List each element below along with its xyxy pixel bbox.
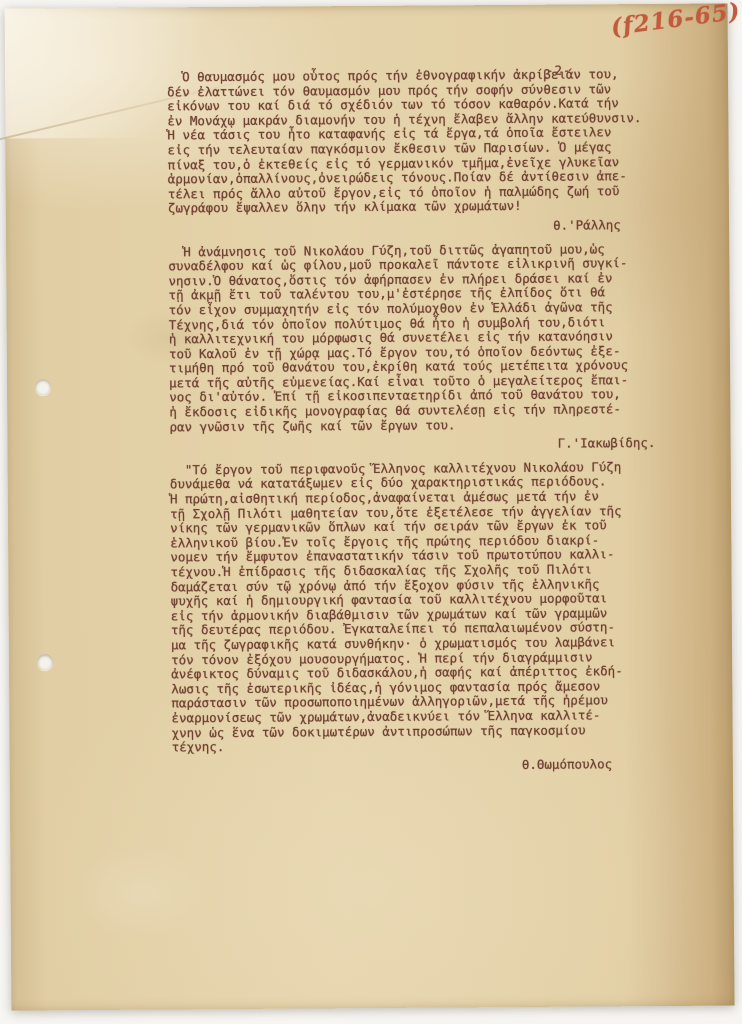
paper-stain xyxy=(70,847,211,938)
signature-rallis: θ.'Ράλλης xyxy=(168,218,673,236)
handwritten-annotation: (f216-65) xyxy=(609,0,741,41)
document-page: (f216-65) -2- Ὁ θαυμασμός μου οὗτος πρός… xyxy=(5,3,735,1010)
punch-hole-top xyxy=(35,379,51,395)
signature-iakovidis: Γ.'Ιακωβίδης. xyxy=(170,436,675,454)
typewritten-text: Ὁ θαυμασμός μου οὗτος πρός τήν ἐθνογραφι… xyxy=(167,67,677,784)
signature-thomopoulos: θ.Θωμόπουλος xyxy=(172,757,677,775)
punch-hole-bottom xyxy=(37,654,53,670)
paragraph-iakovidis: Ἡ ἀνάμνησις τοῦ Νικολάου Γύζη,τοῦ διττῶς… xyxy=(168,241,674,434)
paragraph-rallis: Ὁ θαυμασμός μου οὗτος πρός τήν ἐθνογραφι… xyxy=(167,67,673,216)
paragraph-thomopoulos: "Τό ἔργον τοῦ περιφανοῦς Ἕλληνος καλλιτέ… xyxy=(170,460,677,755)
scanned-document: (f216-65) -2- Ὁ θαυμασμός μου οὗτος πρός… xyxy=(0,0,742,1024)
